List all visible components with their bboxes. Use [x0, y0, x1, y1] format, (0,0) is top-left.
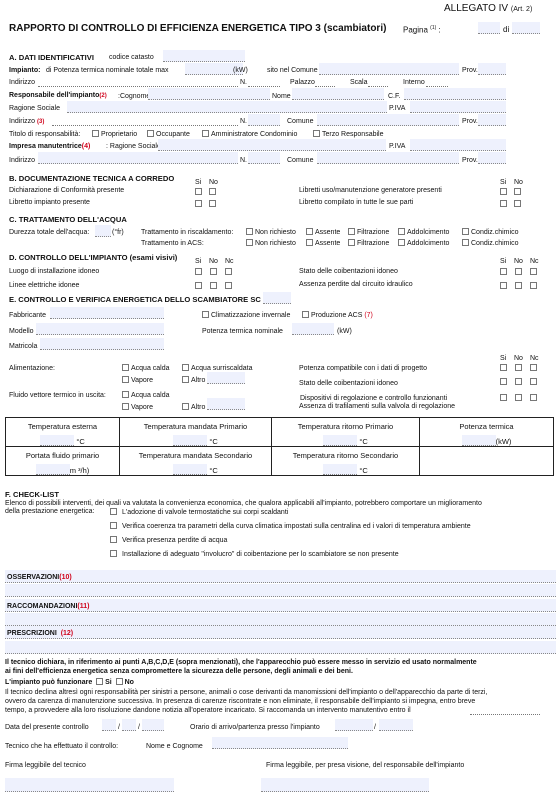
indirizzo-label: Indirizzo	[9, 79, 35, 86]
risc-condiz-chimico[interactable]: Condiz.chimico	[462, 228, 518, 236]
potenza-compat-nc[interactable]	[530, 364, 537, 371]
checkbox[interactable]	[182, 376, 189, 383]
temp-ritorno-primario-field[interactable]	[323, 435, 357, 446]
prescrizioni-field[interactable]	[5, 626, 556, 639]
scala-label: Scala	[350, 79, 368, 86]
impresa-n-field[interactable]	[248, 152, 280, 164]
page-title: RAPPORTO DI CONTROLLO DI EFFICIENZA ENER…	[9, 24, 386, 34]
doc-conformita-si[interactable]	[195, 188, 202, 195]
produzione-acs-option[interactable]: Produzione ACS (7)	[302, 311, 373, 319]
section-c-title: C. TRATTAMENTO DELL'ACQUA	[9, 216, 127, 224]
section-e-title: E. CONTROLLO E VERIFICA ENERGETICA DELLO…	[9, 296, 261, 304]
comune-field[interactable]	[319, 63, 459, 75]
libretti-uso-label: Libretti uso/manutenzione generatore pre…	[299, 187, 442, 194]
nome-label: Nome	[272, 93, 291, 100]
luogo-no[interactable]	[210, 268, 217, 275]
potenza-compat-si[interactable]	[500, 364, 507, 371]
n-field[interactable]	[248, 77, 280, 87]
date-sep: /	[118, 724, 120, 731]
acs-filtrazione[interactable]: Filtrazione	[348, 239, 389, 247]
libretto-impianto-si[interactable]	[195, 200, 202, 207]
cf-label: C.F.	[388, 93, 400, 100]
alimentazione-label: Alimentazione:	[9, 365, 55, 372]
prov-label: Prov.	[462, 67, 478, 74]
prescrizioni-field-2[interactable]	[5, 641, 556, 654]
temp-mandata-primario-cell: Temperatura mandata Primario °C	[120, 418, 272, 447]
data-controllo-label: Data del presente controllo	[5, 724, 89, 731]
linee-si[interactable]	[195, 282, 202, 289]
potenza-termica-cell: Potenza termica(kW)	[420, 418, 554, 447]
stato-coib-si[interactable]	[500, 378, 507, 385]
codice-catasto-label: codice catasto	[109, 54, 154, 61]
disclaimer-line-3: tempo, a provvedere alla loro risoluzion…	[5, 707, 411, 714]
firma-tecnico-field[interactable]	[5, 778, 174, 792]
libretto-compilato-label: Libretto compilato in tutte le sue parti	[299, 199, 413, 206]
col-no: No	[209, 258, 218, 265]
modello-label: Modello	[9, 328, 34, 335]
linee-nc[interactable]	[225, 282, 232, 289]
palazzo-label: Palazzo	[290, 79, 315, 86]
piva-field[interactable]	[410, 101, 506, 113]
n-label: N.	[240, 79, 247, 86]
data-month-field[interactable]	[122, 719, 136, 731]
matricola-field[interactable]	[40, 338, 164, 350]
temp-esterna-field[interactable]	[40, 435, 74, 446]
durezza-unit: (°fr)	[112, 229, 124, 236]
potenza-compatibile-label: Potenza compatibile con i dati di proget…	[299, 365, 427, 372]
col-nc: Nc	[225, 258, 234, 265]
checkbox[interactable]	[110, 550, 117, 557]
titolo-terzo-responsabile[interactable]: Terzo Responsabile	[313, 130, 383, 138]
temp-ritorno-secondario-cell: Temperatura ritorno Secondario °C	[272, 447, 420, 476]
matricola-label: Matricola	[9, 343, 37, 350]
firma-tecnico-label: Firma leggibile del tecnico	[5, 762, 86, 769]
libretti-uso-no[interactable]	[514, 188, 521, 195]
raccomandazioni-label: RACCOMANDAZIONI(11)	[7, 603, 89, 610]
linee-elettriche-label: Linee elettriche idonee	[9, 282, 79, 289]
alim-altro-field[interactable]	[207, 372, 245, 384]
alim-acqua-surriscaldata[interactable]: Acqua surriscaldata	[182, 364, 252, 372]
libretto-compilato-no[interactable]	[514, 200, 521, 207]
coibentazioni-label: Stato delle coibentazioni idoneo	[299, 268, 398, 275]
prov-resp-label: Prov.	[462, 118, 478, 125]
kw-label: (kW)	[337, 328, 352, 335]
osservazioni-label: OSSERVAZIONI(10)	[7, 574, 72, 581]
checklist-item[interactable]: L'adozione di valvole termostatiche sui …	[110, 508, 288, 516]
checkbox[interactable]	[110, 522, 117, 529]
palazzo-field[interactable]	[315, 77, 335, 87]
funziona-row: L'impianto può funzionare Si No	[5, 678, 134, 686]
checkbox[interactable]	[462, 239, 469, 246]
checkbox[interactable]	[122, 376, 129, 383]
dispositivi-si[interactable]	[500, 394, 507, 401]
stato-coib-no[interactable]	[515, 378, 522, 385]
ragione-sociale-label: Ragione Sociale	[9, 105, 60, 112]
kw-label: (kW)	[233, 67, 248, 74]
potenza-compat-no[interactable]	[515, 364, 522, 371]
doc-conformita-no[interactable]	[209, 188, 216, 195]
col-nc: Nc	[530, 258, 539, 265]
osservazioni-field[interactable]	[5, 570, 556, 583]
alim-vapore[interactable]: Vapore	[122, 376, 153, 384]
n-resp-label: N.	[240, 118, 247, 125]
col-no: No	[514, 355, 523, 362]
potenza-label: di Potenza termica nominale totale max	[46, 67, 169, 74]
codice-catasto-field[interactable]	[163, 50, 245, 62]
checkbox[interactable]	[246, 228, 253, 235]
potenza-nominale-label: Potenza termica nominale	[202, 328, 283, 335]
col-si: Si	[500, 355, 506, 362]
prov-field[interactable]	[478, 63, 506, 75]
linee-no[interactable]	[210, 282, 217, 289]
temp-mandata-secondario-field[interactable]	[173, 464, 207, 475]
impresa-comune-field[interactable]	[317, 152, 459, 164]
firma-responsabile-label: Firma leggibile, per presa visione, del …	[266, 762, 464, 769]
tecnico-label: Tecnico che ha effettuato il controllo:	[5, 743, 118, 750]
checklist-item[interactable]: Verifica presenza perdite di acqua	[110, 536, 227, 544]
col-nc: Nc	[530, 355, 539, 362]
col-si: Si	[500, 179, 506, 186]
portata-field[interactable]	[36, 464, 70, 475]
allegato-label: ALLEGATO IV (Art. 2)	[444, 4, 532, 14]
sito-comune-label: sito nel Comune	[267, 67, 318, 74]
section-d-title: D. CONTROLLO DELL'IMPIANTO (esami visivi…	[9, 254, 177, 262]
fluido-altro[interactable]: Altro	[182, 403, 205, 411]
indirizzo-field[interactable]	[38, 77, 238, 87]
data-year-field[interactable]	[142, 719, 164, 731]
alim-altro[interactable]: Altro	[182, 376, 205, 384]
col-no: No	[209, 179, 218, 186]
risc-assente[interactable]: Assente	[306, 228, 340, 236]
interno-label: Interno	[403, 79, 425, 86]
checkbox[interactable]	[122, 364, 129, 371]
potenza-nominale-field[interactable]	[292, 323, 334, 335]
responsabile-label: Responsabile dell'impianto(2)	[9, 92, 107, 99]
col-no: No	[514, 179, 523, 186]
checklist-item[interactable]: Installazione di adeguato "involucro" di…	[110, 550, 399, 558]
section-a-title: A. DATI IDENTIFICATIVI	[9, 54, 94, 62]
acs-addolcimento[interactable]: Addolcimento	[398, 239, 449, 247]
perdite-nc[interactable]	[530, 282, 537, 289]
dispositivi-nc[interactable]	[530, 394, 537, 401]
impresa-piva-field[interactable]	[410, 139, 506, 151]
impresa-ragione-label: : Ragione Sociale	[106, 143, 161, 150]
page-current-field[interactable]	[478, 22, 500, 34]
page-total-field[interactable]	[512, 22, 540, 34]
libretti-uso-si[interactable]	[500, 188, 507, 195]
temp-esterna-cell: Temperatura esterna °C	[6, 418, 120, 447]
doc-conformita-label: Dichiarazione di Conformità presente	[9, 187, 124, 194]
tecnico-nome-field[interactable]	[212, 737, 348, 749]
fluido-vapore[interactable]: Vapore	[122, 403, 153, 411]
titolo-label: Titolo di responsabilità:	[9, 131, 80, 138]
perdite-label: Assenza perdite dal circuito idraulico	[299, 281, 413, 288]
checklist-intro-2: della prestazione energetica:	[5, 508, 95, 515]
checkbox[interactable]	[182, 403, 189, 410]
indirizzo-resp-label: Indirizzo (3)	[9, 118, 44, 125]
impresa-prov-label: Prov.	[462, 157, 478, 164]
titolo-occupante[interactable]: Occupante	[147, 130, 190, 138]
osservazioni-field-2[interactable]	[5, 584, 556, 597]
acs-label: Trattamento in ACS:	[141, 240, 204, 247]
checkbox[interactable]	[462, 228, 469, 235]
impresa-prov-field[interactable]	[478, 152, 506, 164]
libretto-compilato-si[interactable]	[500, 200, 507, 207]
checkbox[interactable]	[147, 130, 154, 137]
disclaimer-line-1: Il tecnico declina altresì ogni responsa…	[5, 689, 487, 696]
raccomandazioni-field-2[interactable]	[5, 613, 556, 626]
risc-filtrazione[interactable]: Filtrazione	[348, 228, 389, 236]
n-resp-field[interactable]	[248, 114, 280, 126]
checkbox[interactable]	[246, 239, 253, 246]
coib-nc[interactable]	[530, 268, 537, 275]
nome-cognome-label: Nome e Cognome	[146, 743, 203, 750]
checklist-intro: Elenco di possibili interventi, dei qual…	[5, 500, 482, 507]
prescrizioni-label: PRESCRIZIONI (12)	[7, 630, 73, 637]
modello-field[interactable]	[36, 323, 164, 335]
declaration-line-2: ai fini dell'efficienza energetica senza…	[5, 668, 353, 675]
checkbox[interactable]	[122, 403, 129, 410]
luogo-si[interactable]	[195, 268, 202, 275]
checkbox[interactable]	[110, 508, 117, 515]
col-si: Si	[195, 258, 201, 265]
disclaimer-line-2: ovvero da carenza di manutenzione succes…	[5, 698, 475, 705]
checkbox[interactable]	[398, 228, 405, 235]
scala-field[interactable]	[368, 77, 388, 87]
portata-cell: Portata fluido primariom ³/h)	[6, 447, 120, 476]
checkbox[interactable]	[122, 391, 129, 398]
section-b-title: B. DOCUMENTAZIONE TECNICA A CORREDO	[9, 175, 174, 183]
impresa-label: Impresa manutentrice(4)	[9, 143, 90, 150]
date-sep: /	[138, 724, 140, 731]
coib-no[interactable]	[515, 268, 522, 275]
scambiatore-number-field[interactable]	[263, 292, 291, 304]
stato-coib-label: Stato delle coibentazioni idoneo	[299, 380, 398, 387]
fabbricante-field[interactable]	[50, 307, 164, 319]
titolo-proprietario[interactable]: Proprietario	[92, 130, 137, 138]
fabbricante-label: Fabbricante	[9, 312, 46, 319]
section-f-title: F. CHECK-LIST	[5, 491, 59, 499]
empty-cell	[420, 447, 554, 476]
impresa-indirizzo-label: Indirizzo	[9, 157, 35, 164]
dispositivi-no[interactable]	[515, 394, 522, 401]
piva-label: P.IVA	[389, 105, 405, 112]
impresa-n-label: N.	[240, 157, 247, 164]
di-label: di	[503, 26, 509, 34]
orario-label: Orario di arrivo/partenza presso l'impia…	[190, 724, 320, 731]
impresa-ragione-field[interactable]	[158, 139, 386, 151]
risc-non-richiesto[interactable]: Non richiesto	[246, 228, 296, 236]
ragione-sociale-field[interactable]	[67, 101, 387, 113]
trafilamenti-label: Assenza di trafilamenti sulla valvola di…	[299, 403, 455, 410]
checkbox[interactable]	[306, 239, 313, 246]
fluido-label: Fluido vettore termico in uscita:	[9, 392, 106, 399]
orario-arrivo-field[interactable]	[335, 719, 373, 731]
potenza-termica-field[interactable]	[462, 435, 496, 446]
comune-resp-label: Comune	[287, 118, 313, 125]
data-day-field[interactable]	[102, 719, 116, 731]
temp-mandata-secondario-cell: Temperatura mandata Secondario °C	[120, 447, 272, 476]
fluido-acqua-calda[interactable]: Acqua calda	[122, 391, 170, 399]
perdite-si[interactable]	[500, 282, 507, 289]
checkbox[interactable]	[110, 536, 117, 543]
acs-non-richiesto[interactable]: Non richiesto	[246, 239, 296, 247]
perdite-no[interactable]	[515, 282, 522, 289]
temperature-table: Temperatura esterna °C Temperatura manda…	[5, 417, 554, 476]
coib-si[interactable]	[500, 268, 507, 275]
funziona-si-checkbox[interactable]	[96, 678, 103, 685]
luogo-idoneo-label: Luogo di installazione idoneo	[9, 268, 99, 275]
checkbox[interactable]	[398, 239, 405, 246]
table-row: Temperatura esterna °C Temperatura manda…	[6, 418, 554, 447]
page-number: Pagina (1) :	[403, 26, 441, 35]
temp-ritorno-secondario-field[interactable]	[323, 464, 357, 475]
impresa-piva-label: P.IVA	[389, 143, 405, 150]
risc-label: Trattamento in riscaldamento:	[141, 229, 233, 236]
acs-condiz-chimico[interactable]: Condiz.chimico	[462, 239, 518, 247]
risc-addolcimento[interactable]: Addolcimento	[398, 228, 449, 236]
checkbox[interactable]	[182, 364, 189, 371]
durezza-field[interactable]	[95, 225, 111, 237]
titolo-amministratore[interactable]: Amministratore Condominio	[202, 130, 297, 138]
funziona-no-checkbox[interactable]	[116, 678, 123, 685]
intervento-entro-field[interactable]	[470, 705, 540, 715]
firma-responsabile-field[interactable]	[261, 778, 429, 792]
durezza-label: Durezza totale dell'acqua:	[9, 229, 89, 236]
cognome-field[interactable]	[148, 88, 270, 100]
dispositivi-label: Dispositivi di regolazione e controllo f…	[300, 395, 447, 402]
libretto-impianto-label: Libretto impianto presente	[9, 199, 90, 206]
interno-field[interactable]	[426, 77, 448, 87]
temp-mandata-primario-field[interactable]	[173, 435, 207, 446]
alim-acqua-calda[interactable]: Acqua calda	[122, 364, 170, 372]
col-si: Si	[195, 179, 201, 186]
checkbox[interactable]	[313, 130, 320, 137]
checkbox[interactable]	[348, 228, 355, 235]
checkbox[interactable]	[92, 130, 99, 137]
table-row: Portata fluido primariom ³/h) Temperatur…	[6, 447, 554, 476]
temp-ritorno-primario-cell: Temperatura ritorno Primario °C	[272, 418, 420, 447]
col-no: No	[514, 258, 523, 265]
checkbox[interactable]	[202, 311, 209, 318]
impresa-indirizzo-field[interactable]	[38, 152, 238, 164]
prov-resp-field[interactable]	[478, 114, 506, 126]
checkbox[interactable]	[306, 228, 313, 235]
luogo-nc[interactable]	[225, 268, 232, 275]
comune-resp-field[interactable]	[317, 114, 459, 126]
acs-assente[interactable]: Assente	[306, 239, 340, 247]
libretto-impianto-no[interactable]	[209, 200, 216, 207]
cognome-label: :Cognome	[118, 93, 150, 100]
checkbox[interactable]	[302, 311, 309, 318]
cf-field[interactable]	[404, 88, 506, 100]
impresa-comune-label: Comune	[287, 157, 313, 164]
orario-partenza-field[interactable]	[379, 719, 413, 731]
checklist-item[interactable]: Verifica coerenza tra parametri della cu…	[110, 522, 471, 530]
checkbox[interactable]	[348, 239, 355, 246]
orario-sep: /	[374, 724, 376, 731]
col-si: Si	[500, 258, 506, 265]
checkbox[interactable]	[202, 130, 209, 137]
indirizzo-resp-field[interactable]	[52, 116, 238, 126]
fluido-altro-field[interactable]	[207, 398, 245, 410]
nome-field[interactable]	[292, 88, 384, 100]
stato-coib-nc[interactable]	[530, 378, 537, 385]
impianto-label: Impianto:	[9, 67, 41, 74]
climatizzazione-option[interactable]: Climatizzazione invernale	[202, 311, 290, 319]
declaration-line-1: Il tecnico dichiara, in riferimento ai p…	[5, 659, 477, 666]
